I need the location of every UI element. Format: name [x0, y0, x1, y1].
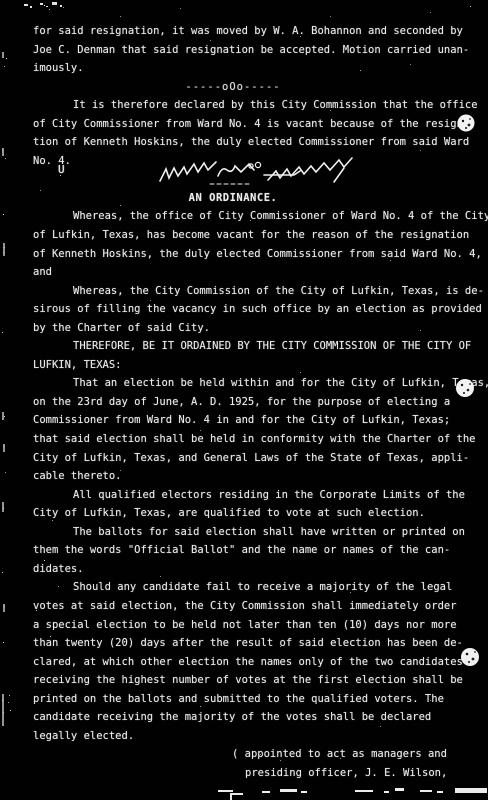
document-line: Commissioner from Ward No. 4 in and for …: [33, 411, 478, 430]
document-line: of Kenneth Hoskins, the duly elected Com…: [33, 245, 478, 264]
document-line: ( appointed to act as managers and: [33, 745, 478, 764]
document-line: and: [33, 263, 478, 282]
document-line: Whereas, the office of City Commissioner…: [33, 207, 478, 226]
document-line: of City Commissioner from Ward No. 4 is …: [33, 115, 478, 134]
document-line: receiving the highest number of votes at…: [33, 671, 478, 690]
document-line: a special election to be held not later …: [33, 616, 478, 635]
document-line: them the words "Official Ballot" and the…: [33, 541, 478, 560]
document-line: clared, at which other election the name…: [33, 653, 478, 672]
document-line: presiding officer, J. E. Wilson,: [33, 764, 478, 783]
bottom-bracket-mark: [231, 794, 243, 800]
document-line: All qualified electors residing in the C…: [33, 486, 478, 505]
document-line: that said election shall be held in conf…: [33, 430, 478, 449]
document-line: -----oOo-----: [33, 78, 433, 97]
scanned-document-page: for said resignation, it was moved by W.…: [0, 0, 488, 800]
document-line: cable thereto.: [33, 467, 478, 486]
document-line: It is therefore declared by this City Co…: [33, 96, 478, 115]
document-line: THEREFORE, BE IT ORDAINED BY THE CITY CO…: [33, 337, 478, 356]
document-line: votes at said election, the City Commiss…: [33, 597, 478, 616]
document-line: by the Charter of said City.: [33, 319, 478, 338]
document-line: on the 23rd day of June, A. D. 1925, for…: [33, 393, 478, 412]
bottom-scan-dashes: [218, 788, 487, 793]
document-line: imously.: [33, 59, 478, 78]
document-line: for said resignation, it was moved by W.…: [33, 22, 478, 41]
document-line: tion of Kenneth Hoskins, the duly electe…: [33, 133, 478, 152]
document-line: didates.: [33, 560, 478, 579]
document-line: of Lufkin, Texas, has become vacant for …: [33, 226, 478, 245]
film-grain-noise: [0, 0, 1, 1]
document-text-column: for said resignation, it was moved by W.…: [33, 22, 478, 782]
document-line: Should any candidate fail to receive a m…: [33, 578, 478, 597]
document-line: City of Lufkin, Texas, and General Laws …: [33, 449, 478, 468]
document-line: LUFKIN, TEXAS:: [33, 356, 478, 375]
document-line: That an election be held within and for …: [33, 374, 478, 393]
document-line: Whereas, the City Commission of the City…: [33, 282, 478, 301]
document-line: [33, 170, 478, 189]
document-line: candidate receiving the majority of the …: [33, 708, 478, 727]
document-line: No. 4.: [33, 152, 478, 171]
document-line: printed on the ballots and submitted to …: [33, 690, 478, 709]
document-line: sirous of filling the vacancy in such of…: [33, 300, 478, 319]
document-line: City of Lufkin, Texas, are qualified to …: [33, 504, 478, 523]
corner-speck-cluster: [24, 2, 62, 8]
scan-edge-marks: [3, 52, 4, 726]
document-line: than twenty (20) days after the result o…: [33, 634, 478, 653]
document-line: AN ORDINANCE.: [33, 189, 433, 208]
document-line: Joe C. Denman that said resignation be a…: [33, 41, 478, 60]
ink-smudge-glyph: U: [58, 163, 65, 176]
document-line: legally elected.: [33, 727, 478, 746]
document-line: The ballots for said election shall have…: [33, 523, 478, 542]
